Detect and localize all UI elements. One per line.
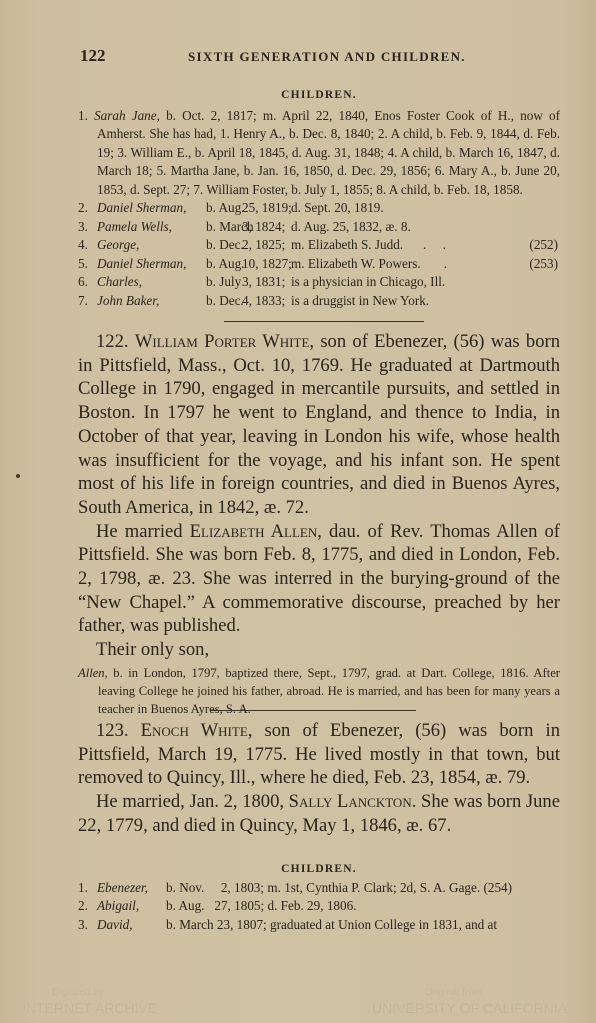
book-page: 122 SIXTH GENERATION AND CHILDREN. CHILD… bbox=[0, 0, 596, 1023]
child-name: Sarah Jane, bbox=[94, 108, 160, 123]
entry-122: 122. William Porter White, son of Ebenez… bbox=[78, 330, 560, 718]
entry-123: 123. Enoch White, son of Ebenezer, (56) … bbox=[78, 719, 560, 838]
child-row: 2. Daniel Sherman, b. Aug. 25, 1819; d. … bbox=[78, 199, 560, 218]
person-name: William Porter White, bbox=[135, 331, 314, 352]
child-row: 6. Charles, b. July 3, 1831; is a physic… bbox=[78, 273, 560, 292]
child-row: 1. Ebenezer, b. Nov. 2, 1803; m. 1st, Cy… bbox=[78, 879, 560, 898]
ink-spot bbox=[16, 474, 20, 478]
watermark-internet-archive: INTERNET ARCHIVE bbox=[22, 1000, 157, 1016]
children-heading: CHILDREN. bbox=[78, 860, 560, 879]
entry-number: 123. bbox=[96, 720, 129, 741]
section-divider bbox=[224, 321, 424, 322]
spouse-name: Elizabeth Allen, bbox=[190, 521, 322, 542]
entry-122-paragraph-3: Their only son, bbox=[78, 638, 560, 662]
child-row: 4. George, b. Dec. 2, 1825; m. Elizabeth… bbox=[78, 236, 560, 255]
entry-122-paragraph-1: 122. William Porter White, son of Ebenez… bbox=[78, 330, 560, 520]
children-heading: CHILDREN. bbox=[78, 86, 560, 105]
running-title: SIXTH GENERATION AND CHILDREN. bbox=[188, 49, 466, 65]
watermark-digitized-by: Digitized by bbox=[52, 987, 104, 998]
child-row: 5. Daniel Sherman, b. Aug. 10, 1827; m. … bbox=[78, 255, 560, 274]
son-name: Allen, bbox=[78, 666, 108, 680]
children-section-2: CHILDREN. 1. Ebenezer, b. Nov. 2, 1803; … bbox=[78, 860, 560, 934]
watermark-university: UNIVERSITY OF CALIFORNIA bbox=[372, 1000, 567, 1016]
child-entry-1: 1. Sarah Jane, b. Oct. 2, 1817; m. April… bbox=[78, 107, 560, 200]
entry-122-paragraph-2: He married Elizabeth Allen, dau. of Rev.… bbox=[78, 520, 560, 639]
child-row: 7. John Baker, b. Dec. 4, 1833; is a dru… bbox=[78, 292, 560, 311]
entry-number: 122. bbox=[96, 331, 129, 352]
entry-123-paragraph-2: He married, Jan. 2, 1800, Sally Lanckton… bbox=[78, 790, 560, 837]
entry-123-paragraph-1: 123. Enoch White, son of Ebenezer, (56) … bbox=[78, 719, 560, 790]
children-section-1: CHILDREN. 1. Sarah Jane, b. Oct. 2, 1817… bbox=[78, 86, 560, 310]
watermark-original-from: Original from bbox=[425, 987, 482, 998]
cross-reference: (253) bbox=[529, 255, 558, 274]
page-number: 122 bbox=[80, 46, 106, 66]
section-divider bbox=[210, 710, 416, 711]
person-name: Enoch White, bbox=[141, 720, 253, 741]
cross-reference: (252) bbox=[529, 236, 558, 255]
spouse-name: Sally Lanckton. bbox=[289, 791, 417, 812]
child-row: 2. Abigail, b. Aug. 27, 1805; d. Feb. 29… bbox=[78, 897, 560, 916]
child-row: 3. David, b. March 23, 1807; graduated a… bbox=[78, 916, 560, 935]
child-row: 3. Pamela Wells, b. March 3, 1824; d. Au… bbox=[78, 218, 560, 237]
page-header: 122 SIXTH GENERATION AND CHILDREN. bbox=[80, 46, 560, 68]
child-text: b. Oct. 2, 1817; m. April 22, 1840, Enos… bbox=[97, 108, 560, 197]
